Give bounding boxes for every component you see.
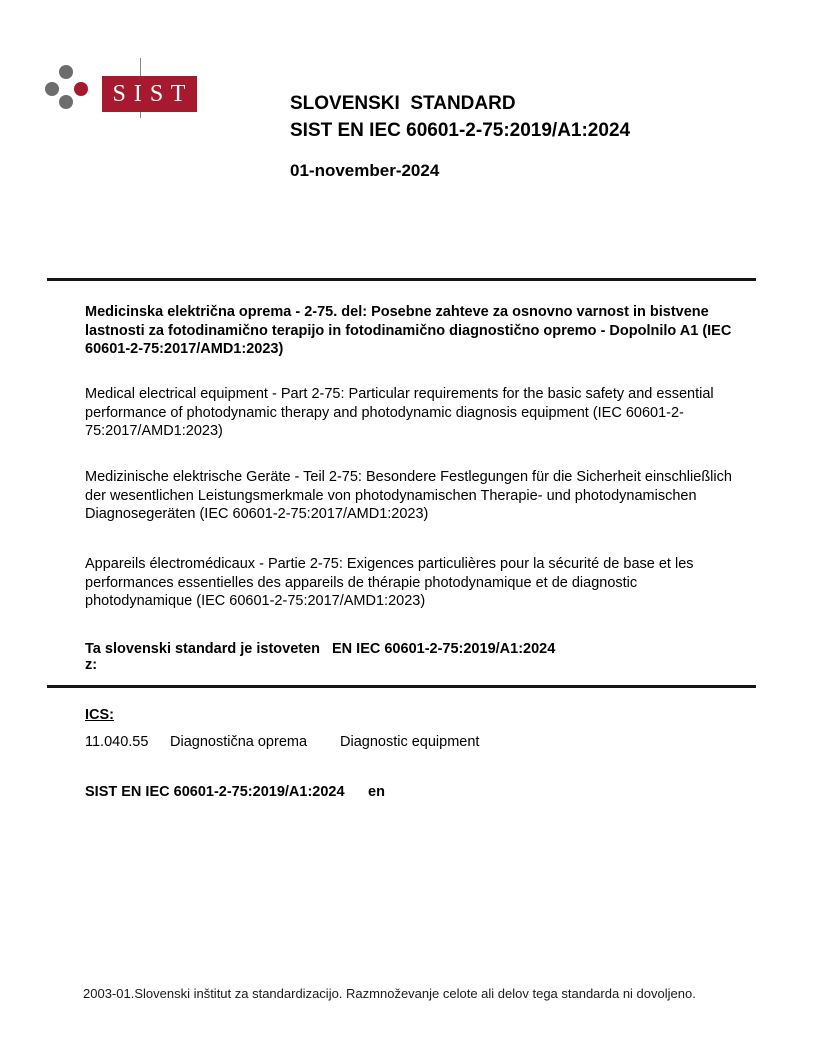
standard-cover-page: S I S T SLOVENSKI STANDARD SIST EN IEC 6… — [0, 0, 816, 1056]
equivalence-standard-number: EN IEC 60601-2-75:2019/A1:2024 — [332, 641, 555, 673]
title-english: Medical electrical equipment - Part 2-75… — [85, 385, 745, 441]
logo-dot-red-icon — [74, 82, 88, 96]
reference-code: SIST EN IEC 60601-2-75:2019/A1:2024 — [85, 784, 368, 800]
header-standard-type: SLOVENSKI STANDARD — [290, 90, 630, 117]
logo-dot-grey-top-icon — [59, 65, 73, 79]
ics-code: 11.040.55 — [85, 734, 170, 750]
copyright-footer: 2003-01.Slovenski inštitut za standardiz… — [83, 986, 696, 1001]
equivalence-statement: Ta slovenski standard je istoveten z: EN… — [85, 641, 555, 673]
title-german: Medizinische elektrische Geräte - Teil 2… — [85, 468, 745, 524]
horizontal-rule-top — [47, 278, 756, 281]
ics-title-slovenian: Diagnostična oprema — [170, 734, 340, 750]
equivalence-label: Ta slovenski standard je istoveten z: — [85, 641, 332, 673]
sist-logo-wordmark: S I S T — [102, 76, 197, 112]
title-slovenian: Medicinska električna oprema - 2-75. del… — [85, 303, 733, 359]
publication-date: 01-november-2024 — [290, 160, 630, 182]
title-french: Appareils électromédicaux - Partie 2-75:… — [85, 555, 745, 611]
logo-dot-grey-left-icon — [45, 82, 59, 96]
standard-reference-line: SIST EN IEC 60601-2-75:2019/A1:2024 en — [85, 784, 385, 800]
reference-language: en — [368, 784, 385, 800]
horizontal-rule-bottom — [47, 685, 756, 688]
header-standard-number: SIST EN IEC 60601-2-75:2019/A1:2024 — [290, 117, 630, 144]
logo-dot-grey-bottom-icon — [59, 95, 73, 109]
ics-heading: ICS: — [85, 707, 114, 723]
ics-table-row: 11.040.55 Diagnostična oprema Diagnostic… — [85, 734, 479, 750]
document-header: SLOVENSKI STANDARD SIST EN IEC 60601-2-7… — [290, 90, 630, 182]
ics-title-english: Diagnostic equipment — [340, 734, 479, 750]
